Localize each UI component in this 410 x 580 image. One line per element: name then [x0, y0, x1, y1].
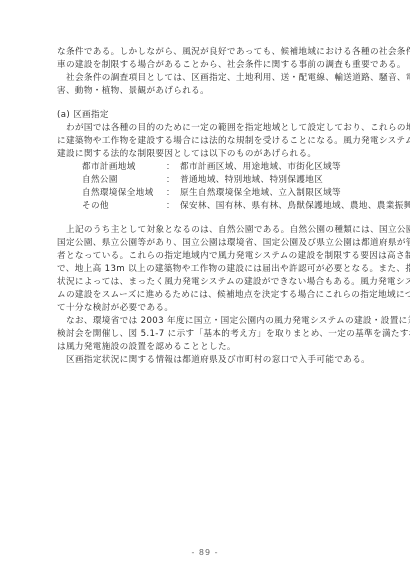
paragraph-line: て十分な検討が必要である。	[57, 302, 367, 314]
paragraph-line: 区画指定状況に関する情報は都道府県及び市町村の窓口で入手可能である。	[66, 354, 376, 366]
paragraph-line: わが国では各種の目的のために一定の範囲を指定地域として設定しており、これらの地域	[66, 122, 376, 134]
paragraph-line: 建設に関する法的な制限要因としては以下のものがあげられる。	[57, 148, 367, 160]
paragraph-line: 者となっている。これらの指定地域内で風力発電システムの建設を制限する要因は高さ制…	[57, 250, 367, 262]
list-colon: ：	[166, 187, 180, 199]
list-colon: ：	[166, 161, 180, 173]
list-value: 保安林、国有林、県有林、鳥獣保護地域、農地、農業振興地域等	[180, 201, 410, 211]
list-value: 原生自然環境保全地域、立入制限区域等	[180, 188, 341, 198]
list-value: 普通地域、特別地域、特別保護地区	[180, 175, 323, 185]
paragraph-line: 検討会を開催し、図 5.1-7 に示す「基本的考え方」を取りまとめ、一定の基準を…	[57, 328, 367, 340]
list-term: 都市計画地域	[82, 161, 166, 173]
list-term: その他	[82, 200, 166, 212]
list-term: 自然環境保全地域	[82, 187, 166, 199]
paragraph-line: 車の建設を制限する場合があることから、社会条件に関する事前の調査も重要である。	[57, 59, 367, 71]
paragraph-line: 状況によっては、まったく風力発電システムの建設ができない場合もある。風力発電シス…	[57, 276, 367, 288]
restriction-list-item: 都市計画地域：都市計画区域、用途地域、市街化区域等	[82, 161, 341, 173]
paragraph-line: は風力発電施設の設置を認めることとした。	[57, 341, 367, 353]
paragraph-line: 国定公園、県立公園等があり、国立公園は環境省、国定公園及び県立公園は都道府県が管…	[57, 237, 367, 249]
restriction-list-item: 自然環境保全地域：原生自然環境保全地域、立入制限区域等	[82, 187, 341, 199]
paragraph-line: な条件である。しかしながら、風況が良好であっても、候補地域における各種の社会条件…	[57, 46, 367, 58]
list-colon: ：	[166, 200, 180, 212]
paragraph-line: なお、環境省では 2003 年度に国立・国定公園内の風力発電システムの建設・設置…	[66, 315, 376, 327]
page-number: - 89 -	[0, 548, 410, 557]
paragraph-line: で、地上高 13m 以上の建築物や工作物の建設には届出や許認可が必要となる。また…	[57, 263, 367, 275]
paragraph-line: に建築物や工作物を建設する場合には法的な規制を受けることになる。風力発電システム…	[57, 135, 367, 147]
list-term: 自然公園	[82, 174, 166, 186]
restriction-list-item: 自然公園：普通地域、特別地域、特別保護地区	[82, 174, 323, 186]
paragraph-line: ムの建設をスムーズに進めるためには、候補地点を決定する場合にこれらの指定地域につ…	[57, 289, 367, 301]
paragraph-line: 害、動物・植物、景観があげられる。	[57, 85, 367, 97]
paragraph-line: 上記のうち主として対象となるのは、自然公園である。自然公園の種類には、国立公園、	[66, 224, 376, 236]
paragraph-line: 社会条件の調査項目としては、区画指定、土地利用、送・配電線、輸送道路、騒音、電波…	[66, 72, 376, 84]
list-colon: ：	[166, 174, 180, 186]
section-heading: (a) 区画指定	[57, 109, 367, 121]
document-page: な条件である。しかしながら、風況が良好であっても、候補地域における各種の社会条件…	[0, 0, 410, 580]
restriction-list-item: その他：保安林、国有林、県有林、鳥獣保護地域、農地、農業振興地域等	[82, 200, 410, 212]
list-value: 都市計画区域、用途地域、市街化区域等	[180, 162, 341, 172]
